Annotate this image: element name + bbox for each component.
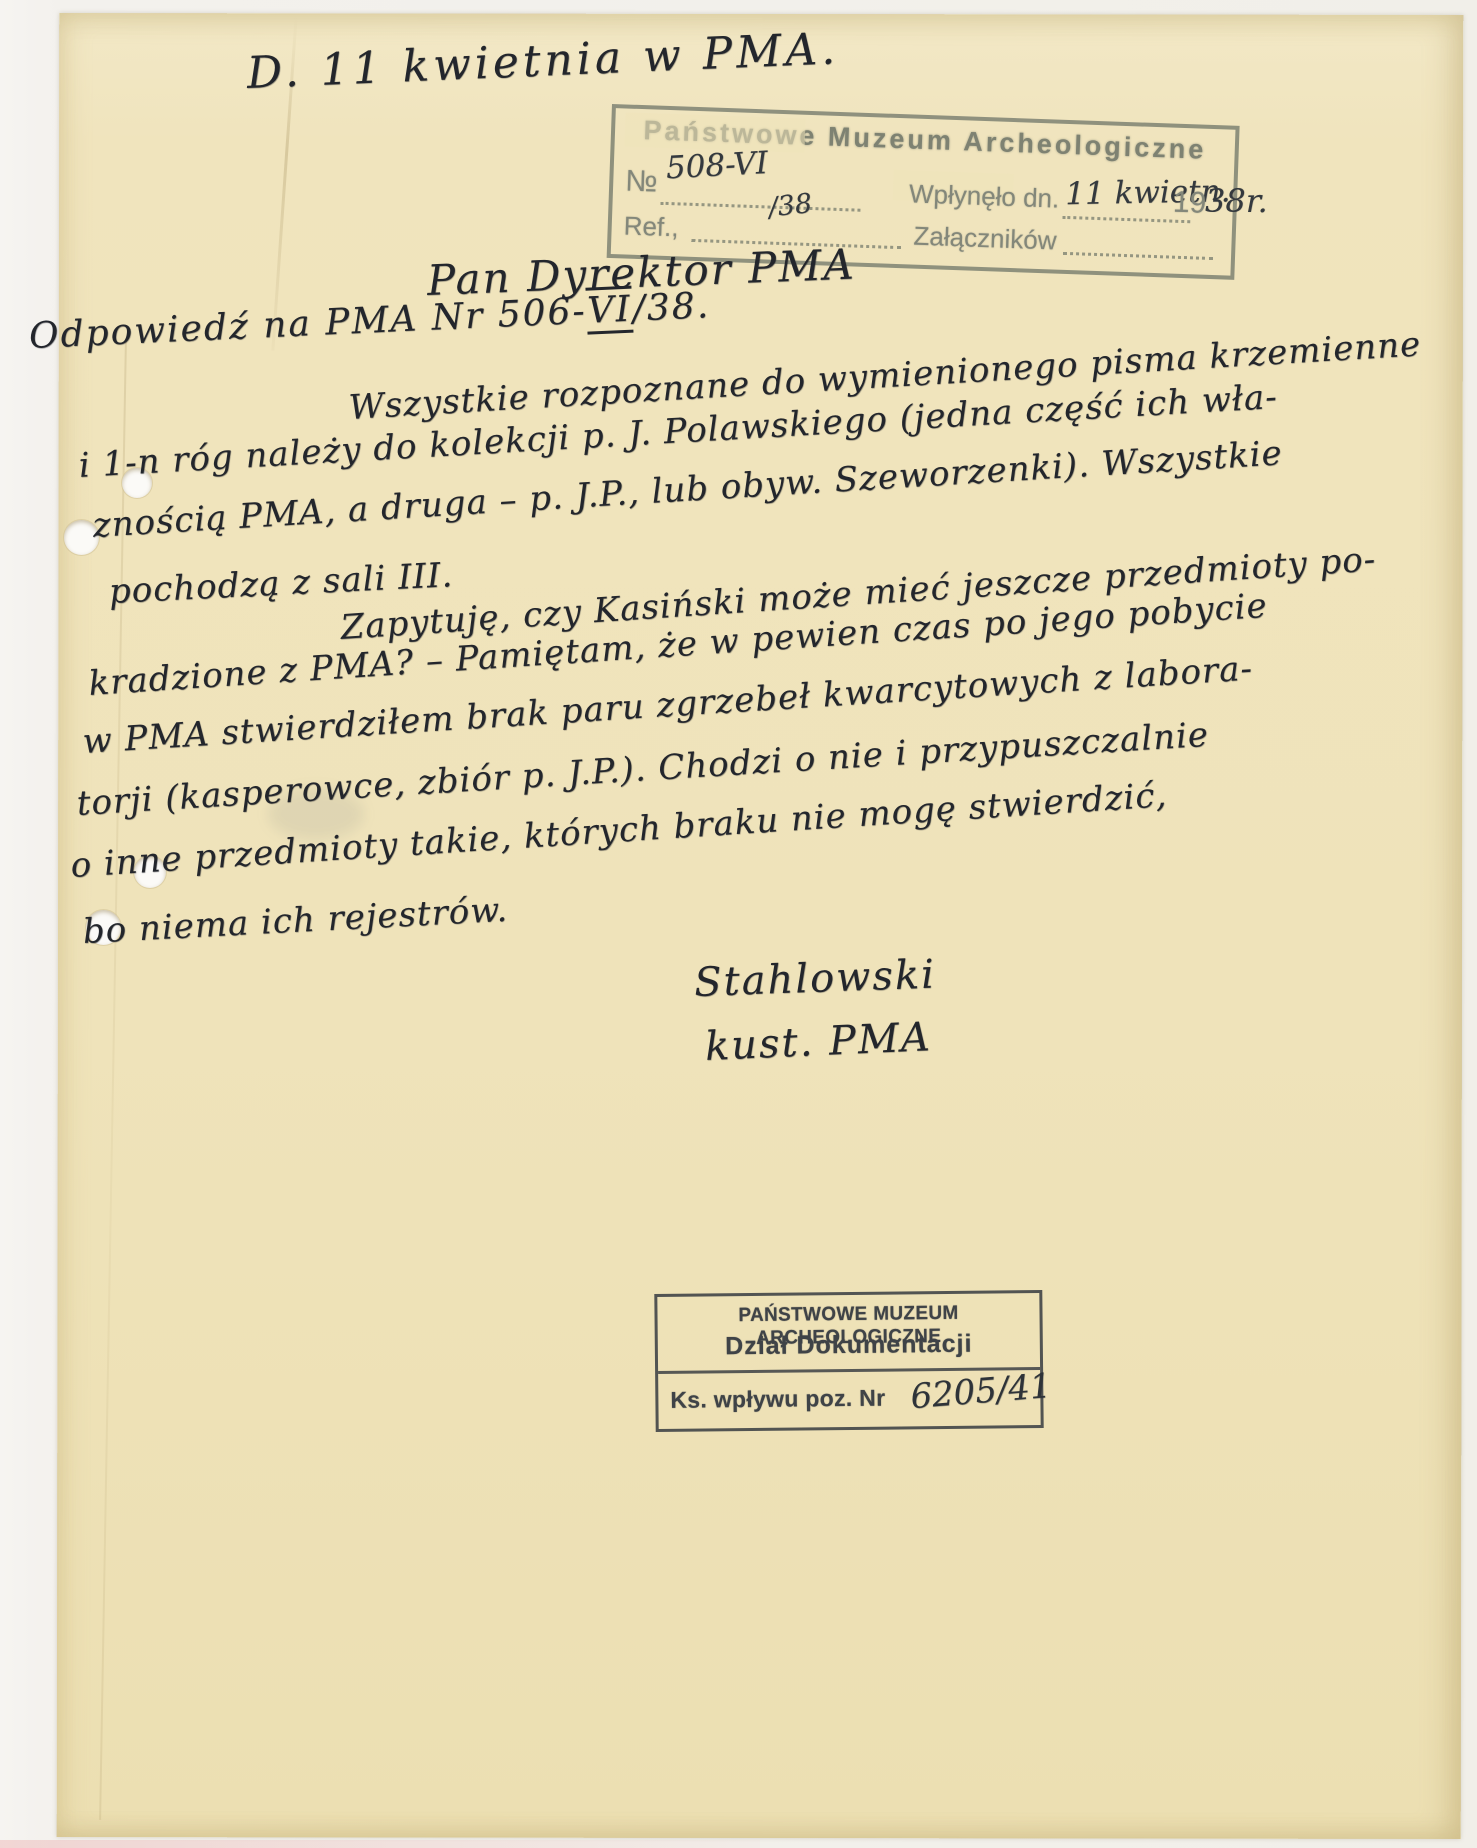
handwritten-document-number-fraction: /38 — [767, 188, 813, 223]
reference-roman-numeral: VI — [585, 286, 633, 335]
receipt-stamp-received-label: Wpłynęło dn. — [909, 178, 1060, 214]
scanned-letter-page: D. 11 kwietnia w PMA. Państwowe Muzeum A… — [0, 0, 1477, 1848]
reference-suffix: /38. — [632, 285, 711, 329]
handwritten-entry-number: 6205/41 — [909, 1366, 1053, 1417]
receipt-stamp-attachments-label: Załączników — [913, 221, 1057, 257]
archive-stamp-entry-label: Ks. wpływu poz. Nr — [670, 1385, 885, 1414]
archive-stamp: PAŃSTWOWE MUZEUM ARCHEOLOGICZNE Dział Do… — [654, 1290, 1043, 1432]
scan-edge-tint — [0, 1840, 760, 1848]
archive-stamp-dept-line: Dział Dokumentacji — [658, 1329, 1040, 1362]
handwritten-year: 38r. — [1205, 182, 1268, 220]
dotted-line — [1062, 216, 1190, 223]
receipt-stamp-year-printed: 19 — [1172, 186, 1207, 221]
handwritten-document-number: 508-VI — [665, 145, 769, 186]
receipt-stamp-ref-label: Ref., — [623, 210, 679, 243]
signature: Stahlowski — [693, 952, 936, 1006]
dotted-line — [661, 202, 861, 212]
receipt-stamp-number-label: № — [625, 165, 658, 200]
dotted-line — [1063, 252, 1213, 260]
